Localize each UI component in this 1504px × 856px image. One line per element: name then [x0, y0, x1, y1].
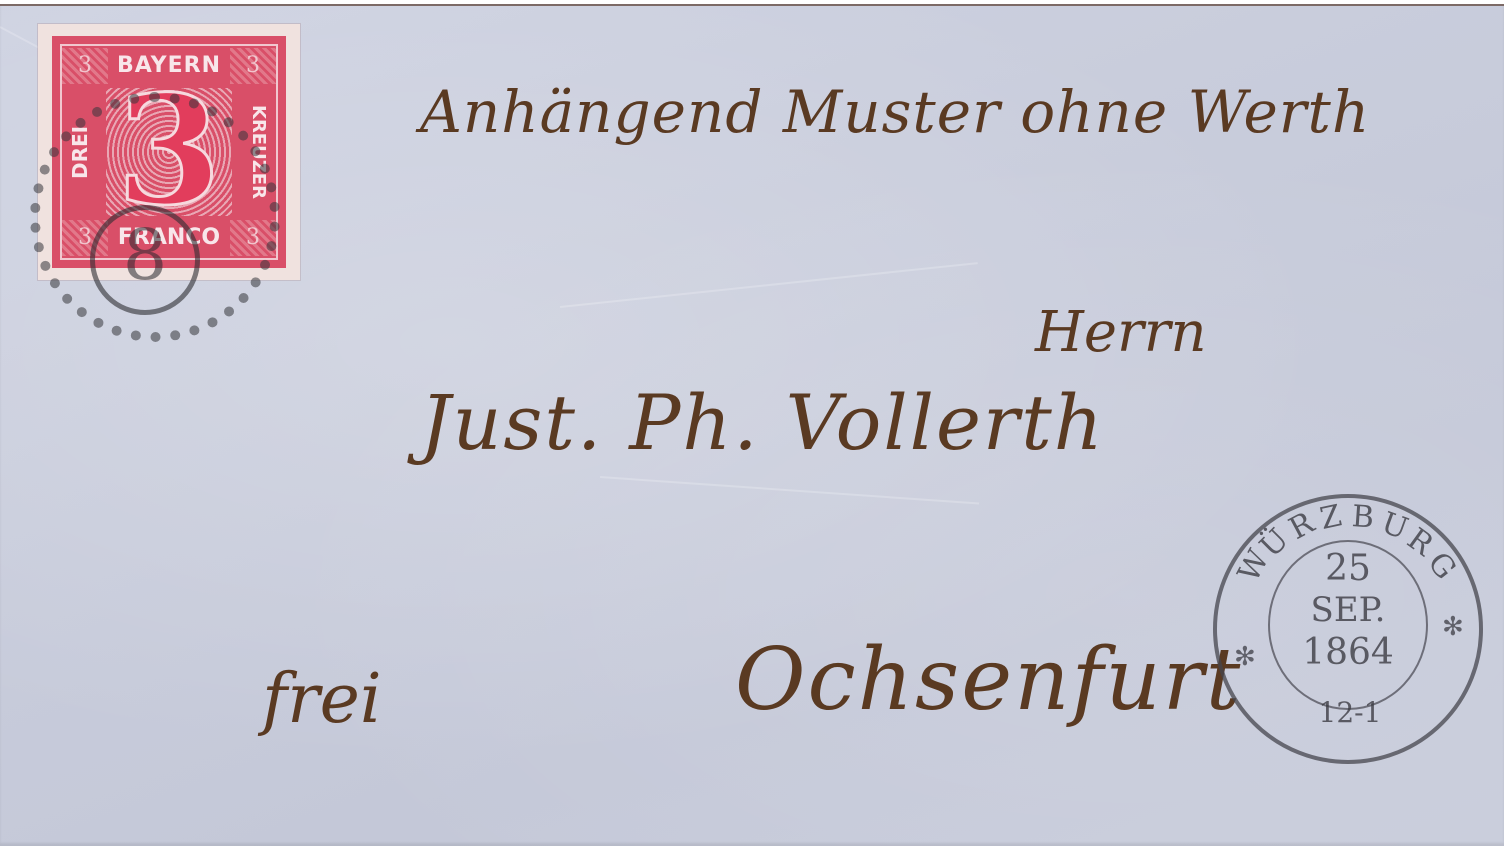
handwritten-addressee: Just. Ph. Vollerth: [420, 378, 1105, 467]
postmark-day: 25: [1268, 548, 1428, 589]
postmark-ornament-icon: ✻: [1234, 642, 1256, 672]
postmark-time: 12-1: [1300, 696, 1400, 729]
handwritten-destination: Ochsenfurt: [735, 630, 1242, 730]
paper-crease: [600, 476, 979, 505]
handwritten-franking-note: frei: [262, 660, 382, 739]
paper-crease: [560, 262, 978, 308]
cancel-number: 8: [90, 200, 200, 310]
stamp-corner-numeral: 3: [62, 48, 108, 84]
postmark-month: SEP.: [1268, 590, 1428, 630]
stamp-corner-numeral: 3: [230, 48, 276, 84]
handwritten-note: Anhängend Muster ohne Werth: [420, 78, 1370, 146]
handwritten-salutation: Herrn: [1035, 300, 1207, 365]
postmark-ornament-icon: ✻: [1442, 612, 1464, 642]
postmark-year: 1864: [1268, 632, 1428, 673]
